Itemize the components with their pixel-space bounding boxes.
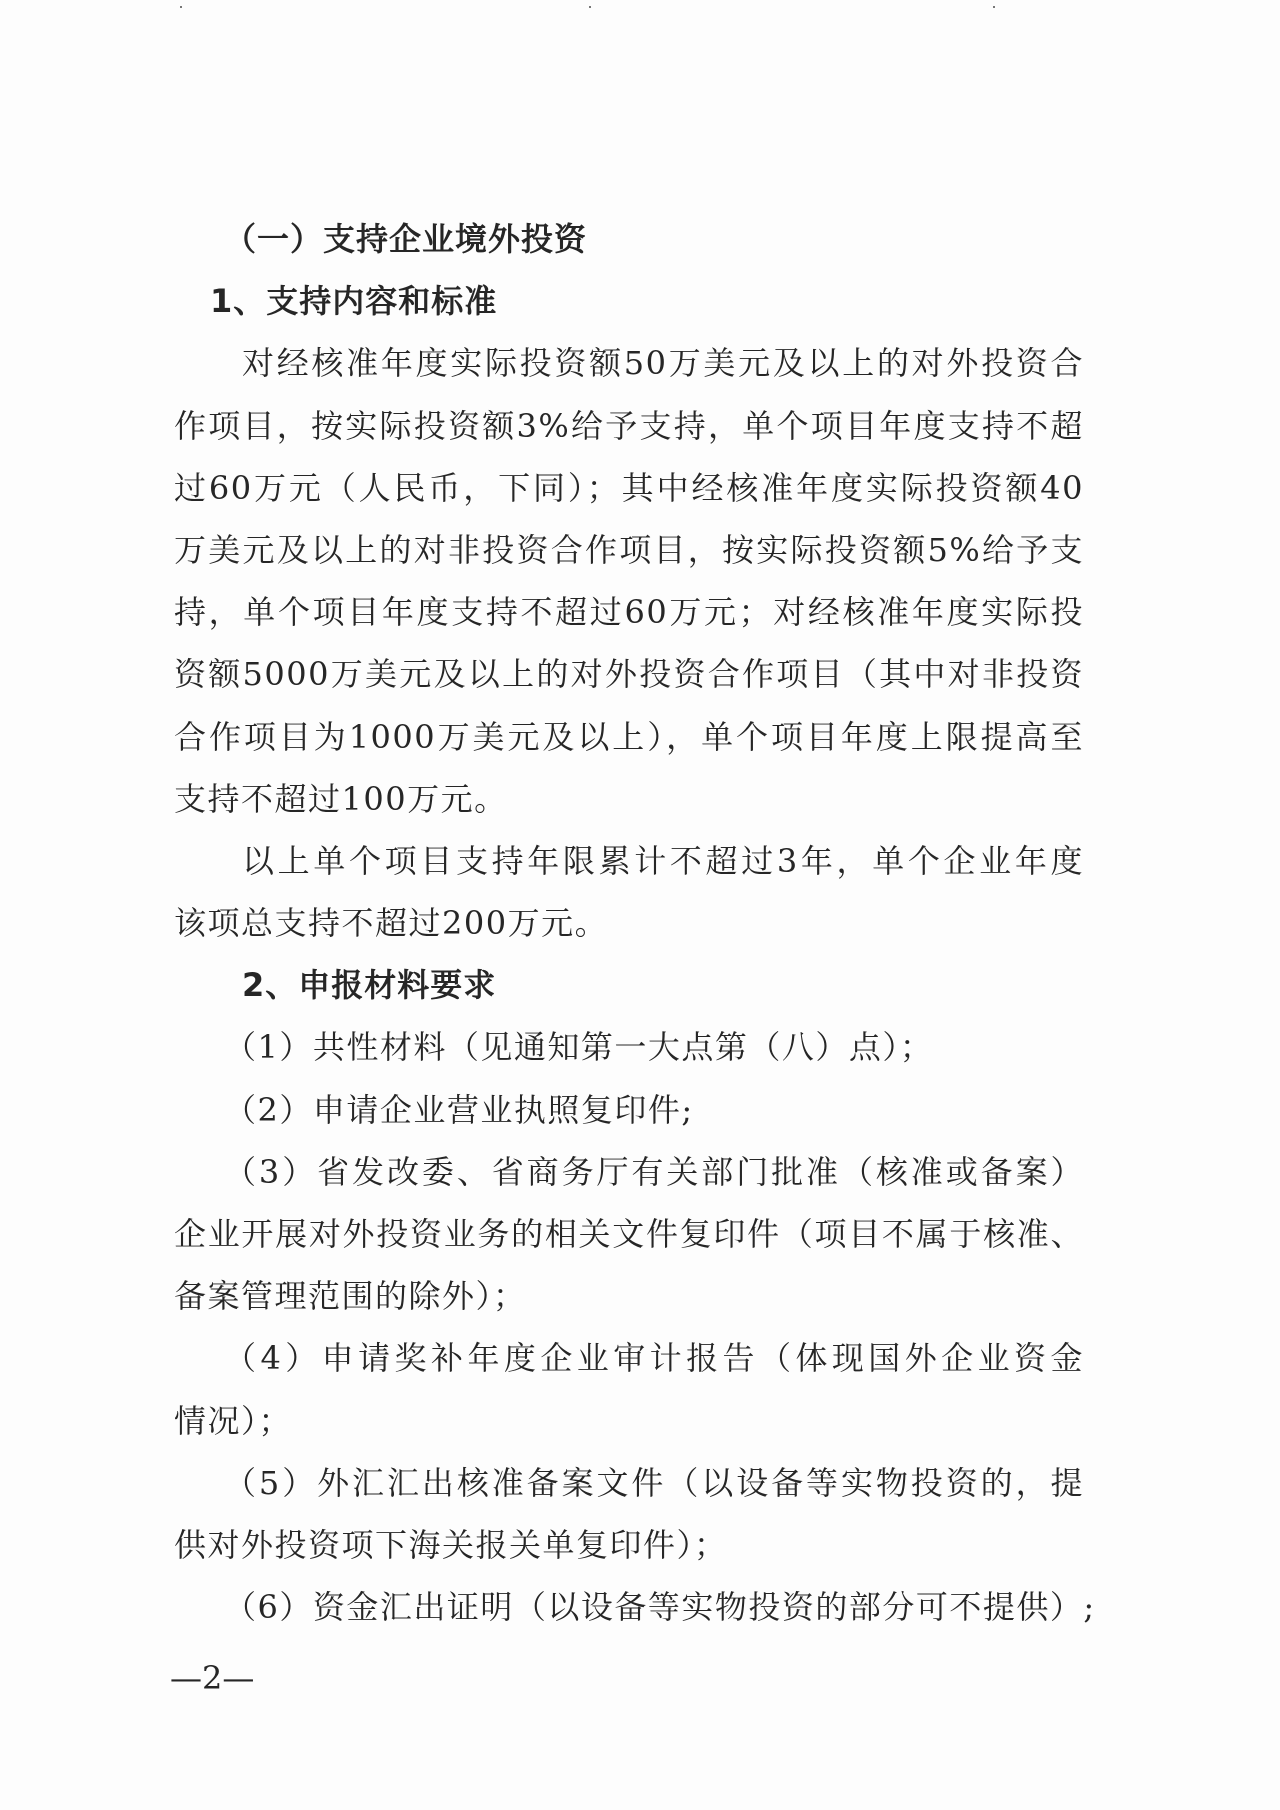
list-item: （5）外汇汇出核准备案文件（以设备等实物投资的，提 供对外投资项下海关报关单复印… bbox=[174, 1452, 1084, 1576]
text-line: 过60万元（人民币，下同）；其中经核准年度实际投资额40 bbox=[174, 457, 1084, 519]
list-item: （2）申请企业营业执照复印件; bbox=[174, 1079, 1084, 1141]
list-item: （6）资金汇出证明（以设备等实物投资的部分可不提供）; bbox=[174, 1576, 1084, 1638]
scan-mark-center bbox=[589, 6, 591, 8]
subsection-1-heading: 1、支持内容和标准 bbox=[174, 270, 1084, 332]
text-line: 支持不超过100万元。 bbox=[174, 768, 1084, 830]
text-line: 备案管理范围的除外）； bbox=[174, 1265, 1084, 1327]
text-line: 情况）； bbox=[174, 1390, 1084, 1452]
paragraph-support-standards: 对经核准年度实际投资额50万美元及以上的对外投资合 作项目，按实际投资额3%给予… bbox=[174, 332, 1084, 830]
text-line: 合作项目为1000万美元及以上），单个项目年度上限提高至 bbox=[174, 706, 1084, 768]
subsection-2-heading: 2、申报材料要求 bbox=[174, 954, 1084, 1016]
materials-list: （1）共性材料（见通知第一大点第（八）点）； （2）申请企业营业执照复印件; （… bbox=[174, 1016, 1084, 1638]
section-heading: （一）支持企业境外投资 bbox=[174, 208, 1084, 270]
document-page: （一）支持企业境外投资 1、支持内容和标准 对经核准年度实际投资额50万美元及以… bbox=[174, 208, 1084, 1638]
text-line: 以上单个项目支持年限累计不超过3年，单个企业年度 bbox=[174, 830, 1084, 892]
list-item: （3）省发改委、省商务厅有关部门批准（核准或备案） 企业开展对外投资业务的相关文… bbox=[174, 1141, 1084, 1328]
text-line: 企业开展对外投资业务的相关文件复印件（项目不属于核准、 bbox=[174, 1203, 1084, 1265]
paragraph-support-limits: 以上单个项目支持年限累计不超过3年，单个企业年度 该项总支持不超过200万元。 bbox=[174, 830, 1084, 954]
text-line: （3）省发改委、省商务厅有关部门批准（核准或备案） bbox=[174, 1141, 1084, 1203]
text-line: 供对外投资项下海关报关单复印件）； bbox=[174, 1514, 1084, 1576]
text-line: 万美元及以上的对非投资合作项目，按实际投资额5%给予支 bbox=[174, 519, 1084, 581]
text-line: （4）申请奖补年度企业审计报告（体现国外企业资金 bbox=[174, 1327, 1084, 1389]
text-line: （5）外汇汇出核准备案文件（以设备等实物投资的，提 bbox=[174, 1452, 1084, 1514]
list-item: （4）申请奖补年度企业审计报告（体现国外企业资金 情况）； bbox=[174, 1327, 1084, 1451]
list-item: （1）共性材料（见通知第一大点第（八）点）； bbox=[174, 1016, 1084, 1078]
text-line: 该项总支持不超过200万元。 bbox=[174, 892, 1084, 954]
page-number: —2— bbox=[170, 1658, 254, 1698]
text-line: 资额5000万美元及以上的对外投资合作项目（其中对非投资 bbox=[174, 643, 1084, 705]
text-line: 对经核准年度实际投资额50万美元及以上的对外投资合 bbox=[174, 332, 1084, 394]
text-line: 作项目，按实际投资额3%给予支持，单个项目年度支持不超 bbox=[174, 395, 1084, 457]
scan-mark-right bbox=[993, 6, 995, 8]
scan-mark-left bbox=[180, 6, 182, 8]
text-line: 持，单个项目年度支持不超过60万元；对经核准年度实际投 bbox=[174, 581, 1084, 643]
